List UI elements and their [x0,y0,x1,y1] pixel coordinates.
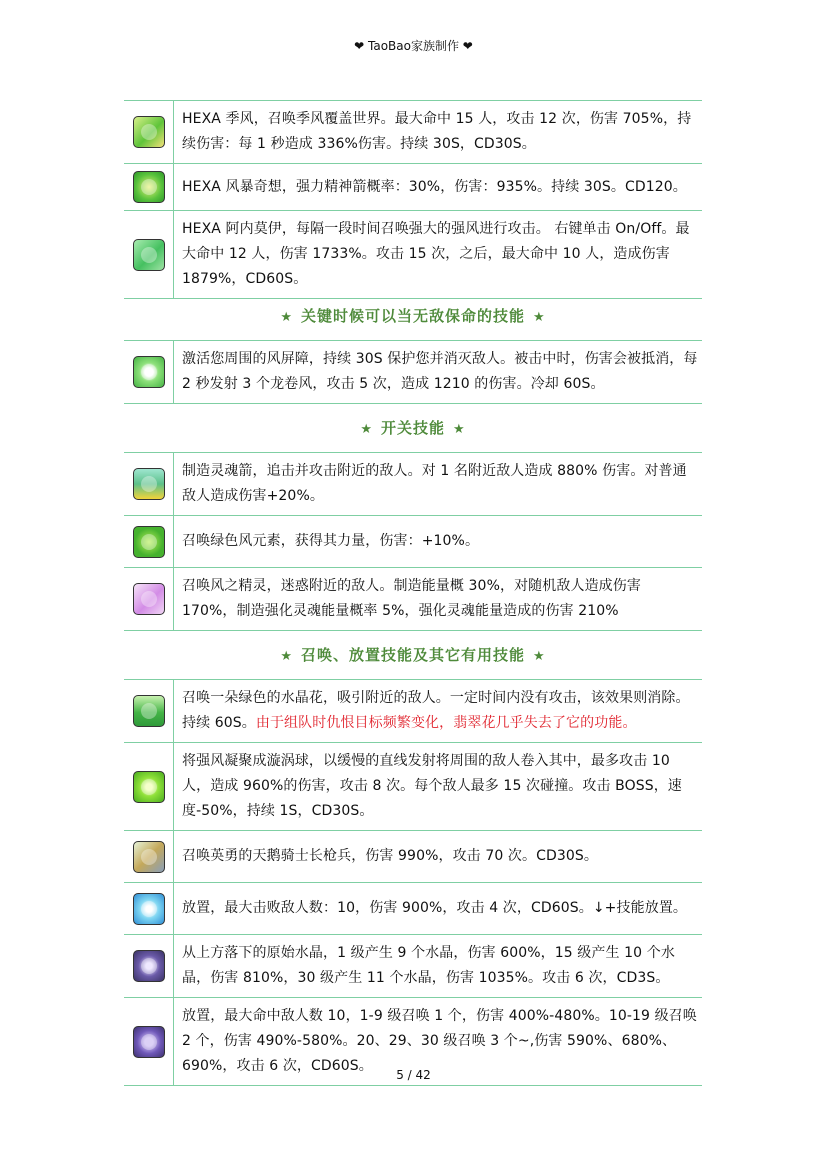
table-row: HEXA 风暴奇想，强力精神箭概率：30%，伤害：935%。持续 30S。CD1… [124,164,702,211]
table-row: 从上方落下的原始水晶，1 级产生 9 个水晶，伤害 600%，15 级产生 10… [124,935,702,998]
ice-installation-skill-icon [133,893,165,925]
wind-season-skill-icon [133,116,165,148]
section-title-toggle-skills: ★开关技能★ [124,417,702,438]
skill-description: HEXA 季风，召唤季风覆盖世界。最大命中 15 人，攻击 12 次，伤害 70… [174,101,703,164]
invincible-skills-table: 激活您周围的风屏障，持续 30S 保护您并消灭敌人。被击中时，伤害会被抵消，每 … [124,340,702,404]
section-title-invincible-skills: ★关键时候可以当无敌保命的技能★ [124,305,702,326]
table-row: 召唤英勇的天鹅骑士长枪兵，伤害 990%，攻击 70 次。CD30S。 [124,831,702,883]
skill-description: 激活您周围的风屏障，持续 30S 保护您并消灭敌人。被击中时，伤害会被抵消，每 … [174,341,703,404]
storm-fantasy-skill-icon [133,171,165,203]
section-title-summon-skills: ★召唤、放置技能及其它有用技能★ [124,644,702,665]
table-row: 召唤风之精灵，迷惑附近的敌人。制造能量概 30%，对随机敌人造成伤害 170%，… [124,568,702,631]
star-icon: ★ [280,649,293,664]
skill-description: 制造灵魂箭，追击并攻击附近的敌人。对 1 名附近敌人造成 880% 伤害。对普通… [174,453,703,516]
skill-description: 召唤风之精灵，迷惑附近的敌人。制造能量概 30%，对随机敌人造成伤害 170%，… [174,568,703,631]
wind-spirit-skill-icon [133,583,165,615]
page-header: ❤ TaoBao家族制作 ❤ [0,37,827,54]
table-row: 召唤绿色风元素，获得其力量，伤害：+10%。 [124,516,702,568]
skill-description: 从上方落下的原始水晶，1 级产生 9 个水晶，伤害 600%，15 级产生 10… [174,935,703,998]
wind-barrier-skill-icon [133,356,165,388]
crystal-circle-skill-icon [133,1026,165,1058]
soul-arrow-skill-icon [133,468,165,500]
skill-description: 召唤英勇的天鹅骑士长枪兵，伤害 990%，攻击 70 次。CD30S。 [174,831,703,883]
table-row: HEXA 阿内莫伊，每隔一段时间召唤强大的强风进行攻击。 右键单击 On/Off… [124,211,702,299]
skill-description: 将强风凝聚成漩涡球，以缓慢的直线发射将周围的敌人卷入其中，最多攻击 10 人，造… [174,743,703,831]
summon-skills-table: 召唤一朵绿色的水晶花，吸引附近的敌人。一定时间内没有攻击，该效果则消除。持续 6… [124,679,702,1086]
skill-description: HEXA 风暴奇想，强力精神箭概率：30%，伤害：935%。持续 30S。CD1… [174,164,703,211]
table-row: 将强风凝聚成漩涡球，以缓慢的直线发射将周围的敌人卷入其中，最多攻击 10 人，造… [124,743,702,831]
table-row: 制造灵魂箭，追击并攻击附近的敌人。对 1 名附近敌人造成 880% 伤害。对普通… [124,453,702,516]
anemoi-skill-icon [133,239,165,271]
table-row: 召唤一朵绿色的水晶花，吸引附近的敌人。一定时间内没有攻击，该效果则消除。持续 6… [124,680,702,743]
emerald-flower-skill-icon [133,695,165,727]
table-row: 放置，最大击败敌人数：10，伤害 900%，攻击 4 次，CD60S。↓+技能放… [124,883,702,935]
warning-note: 由于组队时仇恨目标频繁变化，翡翠花几乎失去了它的功能。 [256,715,637,731]
table-row: 激活您周围的风屏障，持续 30S 保护您并消灭敌人。被击中时，伤害会被抵消，每 … [124,341,702,404]
wind-elemental-skill-icon [133,526,165,558]
page-indicator: 5 / 42 [0,1068,827,1082]
star-icon: ★ [533,310,546,325]
swan-knight-skill-icon [133,841,165,873]
hexa-skills-table: HEXA 季风，召唤季风覆盖世界。最大命中 15 人，攻击 12 次，伤害 70… [124,100,702,299]
table-row: HEXA 季风，召唤季风覆盖世界。最大命中 15 人，攻击 12 次，伤害 70… [124,101,702,164]
skill-description: HEXA 阿内莫伊，每隔一段时间召唤强大的强风进行攻击。 右键单击 On/Off… [174,211,703,299]
toggle-skills-table: 制造灵魂箭，追击并攻击附近的敌人。对 1 名附近敌人造成 880% 伤害。对普通… [124,452,702,631]
primal-crystal-skill-icon [133,950,165,982]
skill-description: 召唤绿色风元素，获得其力量，伤害：+10%。 [174,516,703,568]
star-icon: ★ [280,310,293,325]
star-icon: ★ [360,422,373,437]
star-icon: ★ [533,649,546,664]
skill-description: 放置，最大击败敌人数：10，伤害 900%，攻击 4 次，CD60S。↓+技能放… [174,883,703,935]
star-icon: ★ [453,422,466,437]
vortex-sphere-skill-icon [133,771,165,803]
